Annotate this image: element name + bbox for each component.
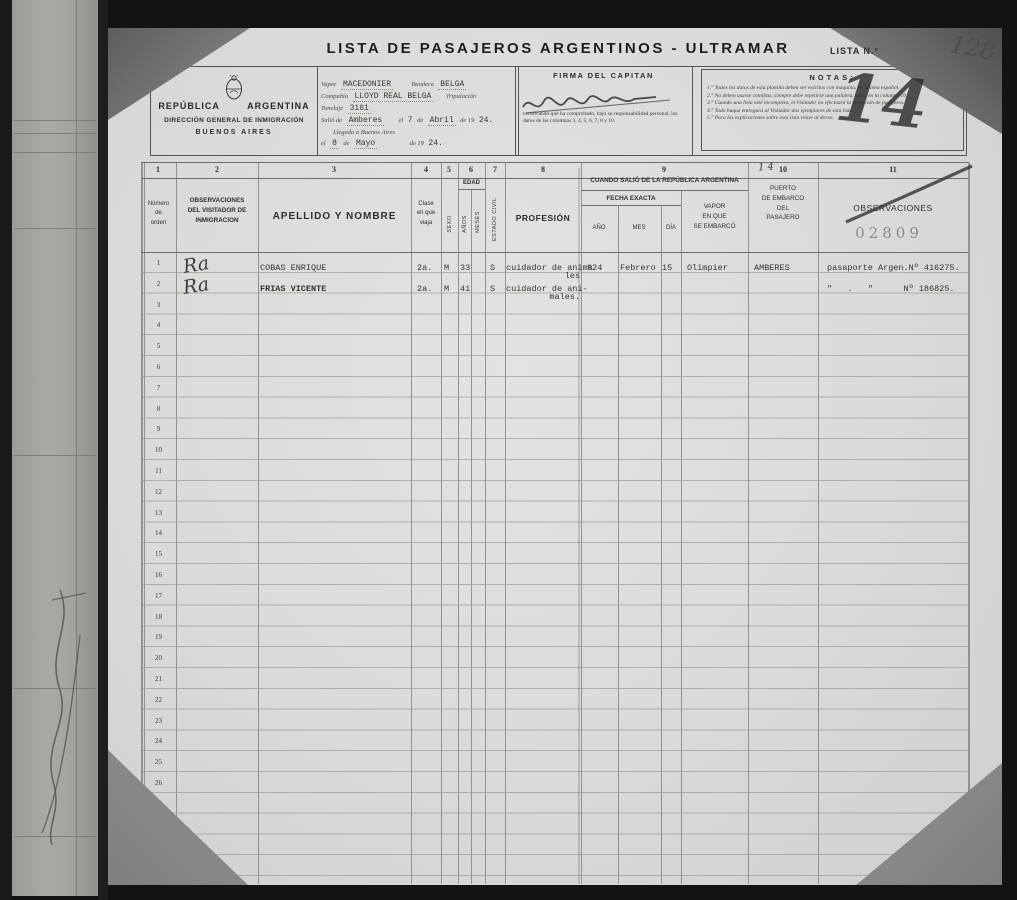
header-numero: Número de orden bbox=[143, 200, 174, 228]
column-number: 9 bbox=[662, 165, 666, 174]
binding-strip bbox=[76, 0, 99, 896]
binding-mark bbox=[14, 455, 96, 456]
document-title: LISTA DE PASAJEROS ARGENTINOS - ULTRAMAR bbox=[288, 40, 828, 57]
header-visitador: OBSERVACIONES DEL VISITADOR DE INMIGRACI… bbox=[178, 196, 256, 225]
de-label2: de bbox=[343, 140, 349, 147]
llegada-dia: 8 bbox=[330, 139, 339, 149]
header-mes: MES bbox=[619, 224, 659, 233]
captain-fine-print: certificando que ha comprobado, bajo su … bbox=[523, 111, 683, 124]
cell-ano-salida: 924 bbox=[587, 263, 602, 273]
divider bbox=[317, 67, 318, 155]
row-number: 18 bbox=[141, 613, 176, 621]
row-number: 7 bbox=[141, 384, 176, 392]
grid-hline bbox=[458, 189, 485, 190]
column-number: 6 bbox=[469, 165, 473, 174]
binding-mark bbox=[14, 152, 96, 153]
header-anos: AÑOS bbox=[462, 204, 468, 244]
cell-profesion-line2: males. bbox=[518, 292, 580, 302]
cell-clase: 2a. bbox=[417, 263, 432, 273]
cell-anos: 41 bbox=[460, 284, 470, 294]
cell-mes-salida: Febrero bbox=[620, 263, 656, 273]
column-number: 4 bbox=[424, 165, 428, 174]
cell-puerto: AMBERES bbox=[754, 263, 790, 273]
document-page: LISTA DE PASAJEROS ARGENTINOS - ULTRAMAR… bbox=[108, 28, 1002, 885]
cell-profesion-line2: les bbox=[518, 271, 580, 281]
row-number: 9 bbox=[141, 425, 176, 433]
binding-mark bbox=[14, 836, 96, 837]
cell-clase: 2a. bbox=[417, 284, 432, 294]
row-number: 15 bbox=[141, 550, 176, 558]
row-number: 24 bbox=[141, 737, 176, 745]
row-number: 25 bbox=[141, 758, 176, 766]
salio-mes: Abril bbox=[428, 116, 456, 126]
el-label2: el bbox=[321, 140, 326, 147]
grid-hline bbox=[581, 190, 748, 191]
cell-observaciones: " . " Nº 186825. bbox=[827, 284, 955, 294]
agency-dept: DIRECCIÓN GENERAL DE INMIGRACIÓN bbox=[151, 117, 317, 124]
captain-signature-title: FIRMA DEL CAPITAN bbox=[521, 71, 686, 80]
header-vapor-embarco: VAPOR EN QUE SE EMBARCÓ bbox=[682, 202, 747, 231]
grid-hline bbox=[141, 252, 968, 253]
row-number: 23 bbox=[141, 717, 176, 725]
column-number: 7 bbox=[493, 165, 497, 174]
handwritten-small-note: 1 4 bbox=[758, 161, 775, 173]
row-number: 17 bbox=[141, 592, 176, 600]
passenger-list-scan: LISTA DE PASAJEROS ARGENTINOS - ULTRAMAR… bbox=[0, 0, 1017, 900]
row-number: 5 bbox=[141, 342, 176, 350]
table-row-lines bbox=[141, 252, 968, 880]
cell-estado-civil: S bbox=[490, 284, 495, 294]
binding-gap bbox=[98, 0, 108, 900]
grid-vline bbox=[618, 206, 619, 884]
header-dia: DÍA bbox=[661, 224, 681, 233]
header-meses: MESES bbox=[475, 202, 481, 242]
row-number: 21 bbox=[141, 675, 176, 683]
salio-dia: 7 bbox=[408, 116, 413, 125]
column-number: 1 bbox=[156, 165, 160, 174]
handwritten-visitador-mark: Ra bbox=[181, 273, 210, 299]
binding-mark bbox=[14, 228, 96, 229]
row-number: 20 bbox=[141, 654, 176, 662]
row-number: 26 bbox=[141, 779, 176, 787]
header-cuando-salio: CUANDO SALIÓ DE LA REPÚBLICA ARGENTINA bbox=[581, 176, 748, 186]
cell-vapor-embarco: Olimpier bbox=[687, 263, 728, 273]
header-puerto: PUERTO DE EMBARCO DEL PASAJERO bbox=[749, 184, 817, 223]
grid-hline bbox=[141, 162, 968, 163]
header-clase: Clase en que viaja bbox=[412, 200, 440, 228]
grid-hline bbox=[141, 178, 968, 179]
header-fecha-exacta: FECHA EXACTA bbox=[581, 194, 681, 204]
row-number: 4 bbox=[141, 321, 176, 329]
cell-dia-salida: 15 bbox=[662, 263, 672, 273]
column-number: 5 bbox=[447, 165, 451, 174]
row-number: 13 bbox=[141, 509, 176, 517]
passenger-row: RaFRIAS VICENTE2a.M41Scuidador de ani-ma… bbox=[141, 282, 968, 303]
tripulacion-label: Tripulación bbox=[446, 93, 476, 100]
agency-name-left: REPÚBLICA bbox=[158, 101, 219, 111]
cell-sexo: M bbox=[444, 263, 449, 273]
cell-observaciones: pasaporte Argen.Nº 416275. bbox=[827, 263, 960, 273]
agency-city: BUENOS AIRES bbox=[151, 129, 317, 136]
cell-anos: 33 bbox=[460, 263, 470, 273]
de19-label: de 19 bbox=[460, 117, 474, 124]
divider bbox=[515, 67, 516, 155]
header-observaciones: OBSERVACIONES bbox=[820, 202, 966, 215]
de-label: de bbox=[417, 117, 423, 124]
llegada-anio: 24. bbox=[428, 139, 442, 148]
cell-estado-civil: S bbox=[490, 263, 495, 273]
row-number: 6 bbox=[141, 363, 176, 371]
binding-mark bbox=[14, 688, 96, 689]
page-stack-edge bbox=[12, 0, 76, 896]
row-number: 10 bbox=[141, 446, 176, 454]
column-number: 3 bbox=[332, 165, 336, 174]
divider bbox=[518, 67, 519, 155]
lista-number-label: LISTA N.° bbox=[830, 46, 879, 56]
divider bbox=[692, 67, 693, 155]
column-number: 2 bbox=[215, 165, 219, 174]
row-number: 11 bbox=[141, 467, 176, 475]
agency-block: REPÚBLICA ARGENTINA DIRECCIÓN GENERAL DE… bbox=[151, 67, 317, 155]
passenger-row: RaCOBAS ENRIQUE2a.M33Scuidador de animal… bbox=[141, 261, 968, 282]
row-number: 14 bbox=[141, 529, 176, 537]
header-edad: EDAD bbox=[458, 179, 485, 188]
row-number: 22 bbox=[141, 696, 176, 704]
agency-name: REPÚBLICA ARGENTINA bbox=[151, 101, 317, 111]
el-label: el bbox=[399, 117, 404, 124]
column-number: 8 bbox=[541, 165, 545, 174]
column-number: 11 bbox=[889, 165, 897, 174]
cell-apellido: COBAS ENRIQUE bbox=[260, 263, 326, 273]
header-estado-civil: ESTADO CIVIL bbox=[492, 201, 498, 241]
handwritten-ink-number: 14 bbox=[832, 57, 932, 144]
header-profesion: PROFESIÓN bbox=[505, 212, 581, 225]
binding-mark bbox=[14, 133, 96, 134]
row-number: 8 bbox=[141, 405, 176, 413]
de19-label2: de 19 bbox=[410, 140, 424, 147]
row-number: 12 bbox=[141, 488, 176, 496]
llegada-mes: Mayo bbox=[354, 139, 377, 149]
row-number: 16 bbox=[141, 571, 176, 579]
cell-apellido: FRIAS VICENTE bbox=[260, 284, 326, 294]
book-left-edge bbox=[0, 0, 12, 900]
grid-hline bbox=[581, 205, 681, 206]
header-sexo: SEXO bbox=[447, 204, 453, 244]
grid-vline bbox=[661, 206, 662, 884]
cell-sexo: M bbox=[444, 284, 449, 294]
salio-anio: 24. bbox=[479, 116, 493, 125]
agency-name-right: ARGENTINA bbox=[247, 101, 310, 111]
argentina-coat-of-arms-icon bbox=[224, 75, 244, 101]
header-apellido: APELLIDO Y NOMBRE bbox=[260, 209, 409, 225]
row-number: 19 bbox=[141, 633, 176, 641]
grid-vline bbox=[968, 162, 970, 884]
column-number: 10 bbox=[779, 165, 787, 174]
ship-row-llegada: el 8 de Mayo de 19 24. bbox=[321, 132, 443, 150]
binding-mark bbox=[14, 120, 96, 121]
stamp-number: 02809 bbox=[846, 224, 932, 242]
header-ano: AÑO bbox=[582, 224, 616, 233]
